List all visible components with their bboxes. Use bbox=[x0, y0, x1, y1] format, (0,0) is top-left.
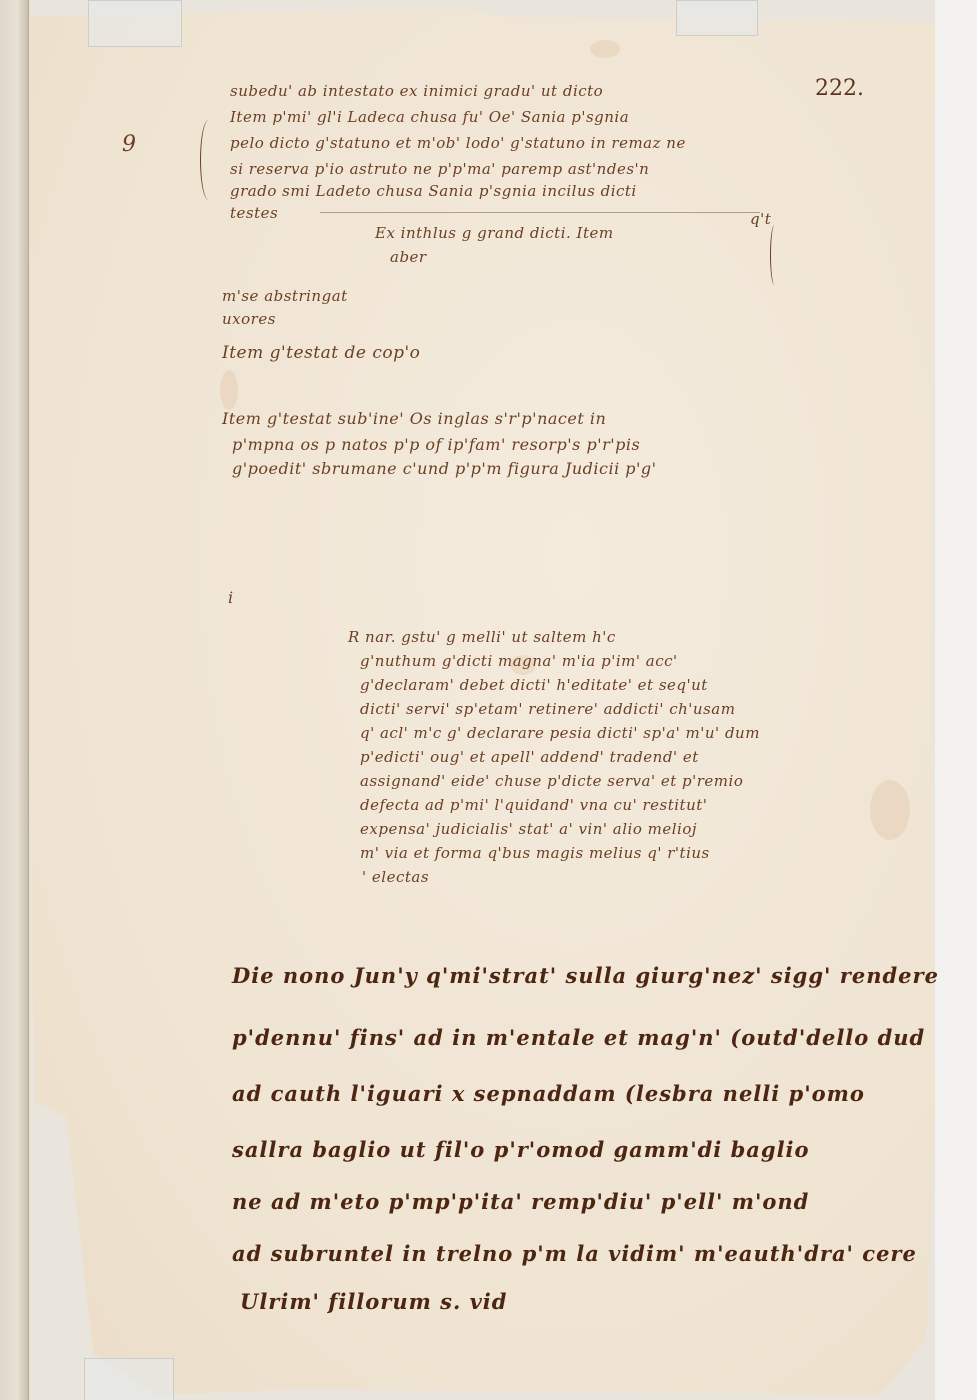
folio-number: 222. bbox=[815, 76, 864, 101]
block-1-line-5: grado smi Ladeto chusa Sania p'sgnia inc… bbox=[230, 180, 637, 202]
block-7-line-4: sallra baglio ut fil'o p'r'omod gamm'di … bbox=[232, 1124, 810, 1176]
block-6-line-7: assignand' eide' chuse p'dicte serva' et… bbox=[360, 770, 743, 792]
block-1-line-6: testes bbox=[230, 202, 278, 224]
foxing-stain bbox=[870, 780, 910, 840]
book-binding bbox=[0, 0, 29, 1400]
block-3-line-2: uxores bbox=[222, 308, 276, 330]
block-4-line-1: Item g'testat de cop'o bbox=[222, 342, 420, 364]
margin-note: i bbox=[228, 588, 233, 607]
block-6-line-4: dicti' servi' sp'etam' retinere' addicti… bbox=[360, 698, 735, 720]
block-6-line-11: ' electas bbox=[362, 866, 429, 888]
brace-mark bbox=[770, 225, 779, 285]
block-6-line-6: p'edicti' oug' et apell' addend' tradend… bbox=[360, 746, 699, 768]
tape-strip-top-left bbox=[88, 0, 182, 47]
block-6-line-5: q' acl' m'c g' declarare pesia dicti' sp… bbox=[360, 722, 760, 744]
foxing-stain bbox=[220, 370, 238, 410]
block-7-line-6: ad subruntel in trelno p'm la vidim' m'e… bbox=[232, 1228, 917, 1280]
backing-sheet bbox=[935, 0, 977, 1400]
block-7-line-5: ne ad m'eto p'mp'p'ita' remp'diu' p'ell'… bbox=[232, 1176, 809, 1228]
block-1-line-1: subedu' ab intestato ex inimici gradu' u… bbox=[230, 80, 603, 102]
divider-line bbox=[320, 212, 760, 213]
block-6-line-3: g'declaram' debet dicti' h'editate' et s… bbox=[360, 674, 708, 696]
block-6-line-10: m' via et forma q'bus magis melius q' r'… bbox=[360, 842, 710, 864]
block-5-line-2: p'mpna os p natos p'p of ip'fam' resorp'… bbox=[232, 434, 640, 456]
block-6-line-1: R nar. gstu' g melli' ut saltem h'c bbox=[348, 626, 616, 648]
margin-mark-right: q't bbox=[750, 208, 771, 230]
block-7-line-3: ad cauth l'iguari x sepnaddam (lesbra ne… bbox=[232, 1068, 865, 1120]
block-5-line-1: Item g'testat sub'ine' Os inglas s'r'p'n… bbox=[222, 408, 606, 430]
block-2-line-2: aber bbox=[390, 246, 427, 268]
block-2-line-1: Ex inthlus g grand dicti. Item bbox=[375, 222, 614, 244]
tape-strip-top-right bbox=[676, 0, 758, 36]
block-3-line-1: m'se abstringat bbox=[222, 285, 348, 307]
margin-note: 9 bbox=[122, 132, 136, 157]
block-1-line-2: Item p'mi' gl'i Ladeca chusa fu' Oe' San… bbox=[230, 106, 629, 128]
block-1-line-3: pelo dicto g'statuno et m'ob' lodo' g'st… bbox=[230, 132, 686, 154]
block-5-line-3: g'poedit' sbrumane c'und p'p'm figura Ju… bbox=[232, 458, 657, 480]
block-6-line-8: defecta ad p'mi' l'quidand' vna cu' rest… bbox=[360, 794, 707, 816]
brace-mark bbox=[200, 120, 217, 200]
block-6-line-2: g'nuthum g'dicti magna' m'ia p'im' acc' bbox=[360, 650, 678, 672]
foxing-stain bbox=[590, 40, 620, 58]
block-6-line-9: expensa' judicialis' stat' a' vin' alio … bbox=[360, 818, 697, 840]
block-7-line-2: p'dennu' fins' ad in m'entale et mag'n' … bbox=[232, 1012, 925, 1064]
block-1-line-4: si reserva p'io astruto ne p'p'ma' parem… bbox=[230, 158, 649, 180]
block-7-line-1: Die nono Jun'y q'mi'strat' sulla giurg'n… bbox=[232, 950, 939, 1002]
tape-strip-bottom-left bbox=[84, 1358, 174, 1400]
block-7-line-7: Ulrim' fillorum s. vid bbox=[240, 1276, 507, 1328]
